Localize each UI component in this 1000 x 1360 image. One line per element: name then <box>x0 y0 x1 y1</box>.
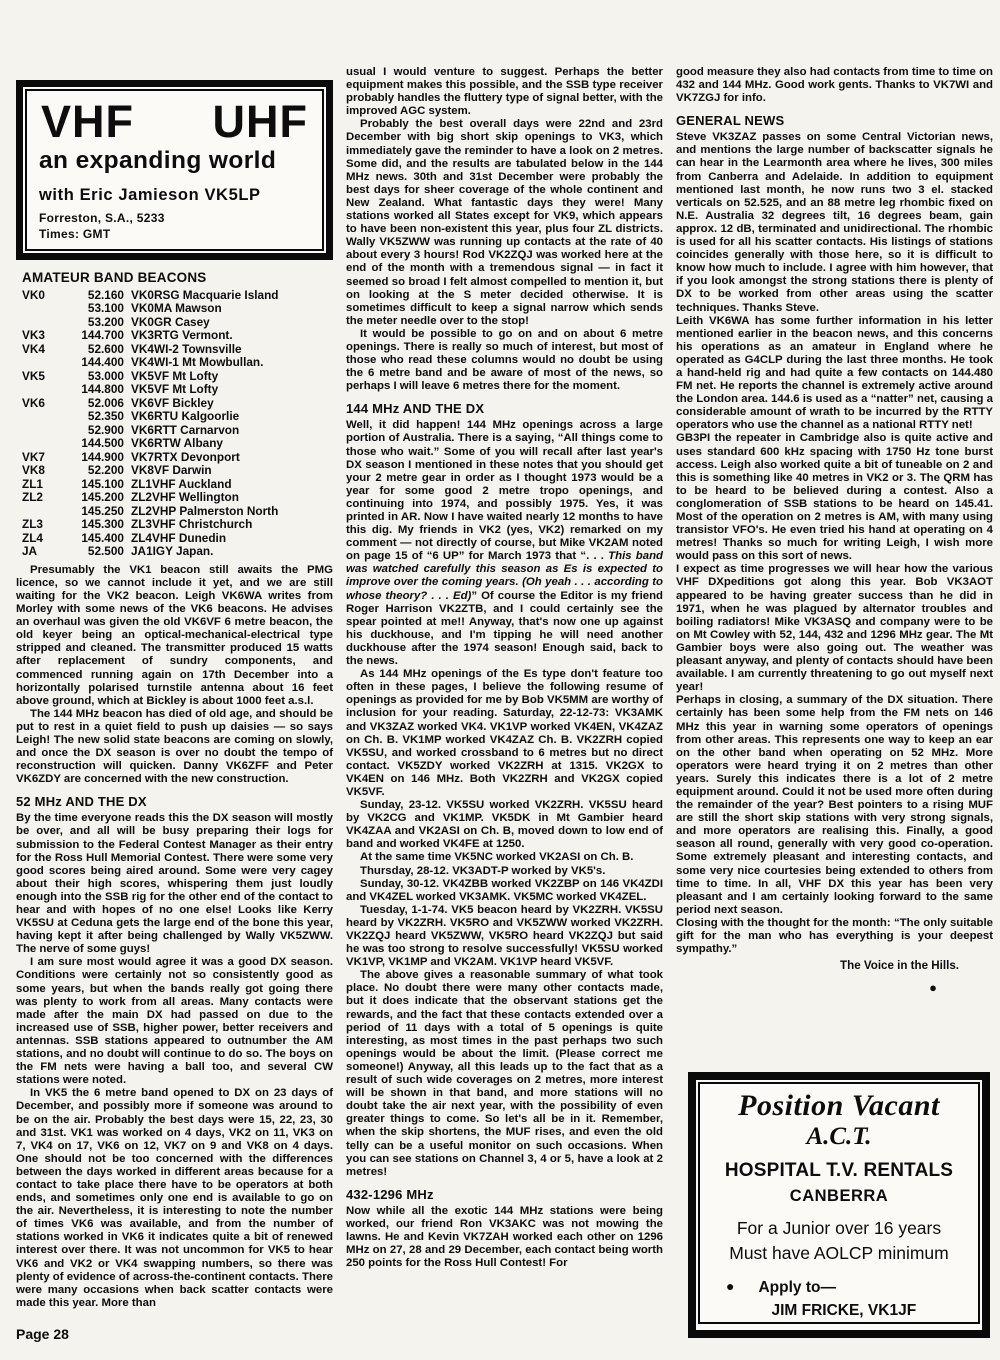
masthead-subtitle: an expanding world <box>39 147 312 175</box>
beacon-row: VK7144.900VK7RTX Devonport <box>22 451 333 465</box>
beacon-row: ZL3145.300ZL3VHF Christchurch <box>22 518 333 532</box>
middle-paragraph: usual I would venture to suggest. Perhap… <box>346 66 663 118</box>
left-paragraph: Presumably the VK1 beacon still awaits t… <box>16 564 333 708</box>
section-heading-432mhz: 432-1296 MHz <box>346 1187 663 1202</box>
ad-title: Position Vacant <box>700 1091 978 1122</box>
position-vacant-ad: Position Vacant A.C.T. HOSPITAL T.V. REN… <box>688 1072 990 1338</box>
beacon-row: JA52.500JA1IGY Japan. <box>22 545 333 559</box>
middle-paragraph: It would be possible to go on and on abo… <box>346 328 663 393</box>
section-heading-52mhz: 52 MHz AND THE DX <box>16 794 333 809</box>
masthead-title-vhf: VHF <box>41 101 134 144</box>
middle-paragraph: Well, it did happen! 144 MHz openings ac… <box>346 419 663 668</box>
beacon-row: VK452.600VK4WI-2 Townsville <box>22 343 333 357</box>
left-paragraph: By the time everyone reads this the DX s… <box>16 812 333 956</box>
middle-paragraph: Tuesday, 1-1-74. VK5 beacon heard by VK2… <box>346 904 663 969</box>
middle-paragraph: The above gives a reasonable summary of … <box>346 969 663 1179</box>
masthead-byline: with Eric Jamieson VK5LP <box>39 186 312 205</box>
beacon-row: 144.800VK5VF Mt Lofty <box>22 383 333 397</box>
ad-apply-label: Apply to— <box>758 1276 916 1299</box>
masthead-address: Forreston, S.A., 5233 <box>39 211 312 225</box>
right-paragraph: good measure they also had contacts from… <box>676 66 993 105</box>
ad-phone: Ph.: (062) 81-2850 <box>771 1322 916 1324</box>
middle-paragraph: Now while all the exotic 144 MHz station… <box>346 1205 663 1270</box>
beacon-row: 144.500VK6RTW Albany <box>22 437 333 451</box>
beacons-table: VK052.160VK0RSG Macquarie Island 53.100V… <box>22 289 333 559</box>
beacon-row: VK852.200VK8VF Darwin <box>22 464 333 478</box>
ad-requirement-2: Must have AOLCP minimum <box>700 1243 978 1264</box>
ad-subtitle: A.C.T. <box>700 1123 978 1151</box>
masthead-inner: VHF UHF an expanding world with Eric Jam… <box>25 89 324 251</box>
middle-paragraph: Sunday, 23-12. VK5SU worked VK2ZRH. VK5S… <box>346 799 663 851</box>
ad-inner: Position Vacant A.C.T. HOSPITAL T.V. REN… <box>698 1082 980 1324</box>
middle-paragraph: Sunday, 30-12. VK4ZBB worked VK2ZBP on 1… <box>346 878 663 904</box>
ad-city: CANBERRA <box>700 1187 978 1206</box>
beacon-row: VK052.160VK0RSG Macquarie Island <box>22 289 333 303</box>
ad-contact: Apply to— JIM FRICKE, VK1JF Ph.: (062) 8… <box>758 1276 916 1324</box>
column-middle: usual I would venture to suggest. Perhap… <box>346 66 663 1310</box>
beacon-row: 53.200VK0GR Casey <box>22 316 333 330</box>
right-paragraph: Perhaps in closing, a summary of the DX … <box>676 694 993 917</box>
beacon-row: ZL2145.200ZL2VHF Wellington <box>22 491 333 505</box>
middle-paragraph: Probably the best overall days were 22nd… <box>346 118 663 328</box>
beacon-row: 144.400VK4WI-1 Mt Mowbullan. <box>22 356 333 370</box>
left-paragraph: In VK5 the 6 metre band opened to DX on … <box>16 1087 333 1310</box>
column-signature: The Voice in the Hills. <box>676 959 993 972</box>
masthead-title-uhf: UHF <box>213 101 308 144</box>
beacon-row: ZL4145.400ZL4VHF Dunedin <box>22 532 333 546</box>
right-paragraph: Leith VK6WA has some further information… <box>676 315 993 433</box>
beacon-row: VK652.006VK6VF Bickley <box>22 397 333 411</box>
left-paragraph: The 144 MHz beacon has died of old age, … <box>16 708 333 787</box>
masthead-box: VHF UHF an expanding world with Eric Jam… <box>16 80 333 260</box>
middle-paragraph: At the same time VK5NC worked VK2ASI on … <box>346 851 663 864</box>
right-paragraph: GB3PI the repeater in Cambridge also is … <box>676 432 993 563</box>
column-left: VHF UHF an expanding world with Eric Jam… <box>16 66 333 1310</box>
beacon-row: ZL1145.100ZL1VHF Auckland <box>22 478 333 492</box>
ad-requirement-1: For a Junior over 16 years <box>700 1218 978 1239</box>
section-heading-general-news: GENERAL NEWS <box>676 113 993 128</box>
ad-contact-name: JIM FRICKE, VK1JF <box>771 1299 916 1322</box>
right-paragraph: Steve VK3ZAZ passes on some Central Vict… <box>676 131 993 314</box>
right-paragraph: Closing with the thought for the month: … <box>676 917 993 956</box>
beacon-row: 52.900VK6RTT Carnarvon <box>22 424 333 438</box>
beacon-row: VK553.000VK5VF Mt Lofty <box>22 370 333 384</box>
left-paragraph: I am sure most would agree it was a good… <box>16 956 333 1087</box>
beacons-heading: AMATEUR BAND BEACONS <box>22 270 333 285</box>
ad-apply-block: ● Apply to— JIM FRICKE, VK1JF Ph.: (062)… <box>700 1264 978 1324</box>
middle-paragraph: Thursday, 28-12. VK3ADT-P worked by VK5'… <box>346 865 663 878</box>
ad-company: HOSPITAL T.V. RENTALS <box>700 1160 978 1182</box>
end-bullet-icon: ● <box>676 980 993 995</box>
beacon-row: VK3144.700VK3RTG Vermont. <box>22 329 333 343</box>
section-heading-144mhz: 144 MHz AND THE DX <box>346 401 663 416</box>
beacon-row: 52.350VK6RTU Kalgoorlie <box>22 410 333 424</box>
beacon-row: 145.250ZL2VHP Palmerston North <box>22 505 333 519</box>
right-paragraph: I expect as time progresses we will hear… <box>676 563 993 694</box>
beacon-row: 53.100VK0MA Mawson <box>22 302 333 316</box>
bullet-icon: ● <box>726 1276 734 1324</box>
middle-paragraph: As 144 MHz openings of the Es type don't… <box>346 668 663 799</box>
page-number: Page 28 <box>0 1318 360 1360</box>
magazine-page: VHF UHF an expanding world with Eric Jam… <box>0 0 1000 1360</box>
masthead-times: Times: GMT <box>39 227 312 241</box>
masthead-title: VHF UHF <box>39 99 312 144</box>
column-right: good measure they also had contacts from… <box>676 66 993 1070</box>
